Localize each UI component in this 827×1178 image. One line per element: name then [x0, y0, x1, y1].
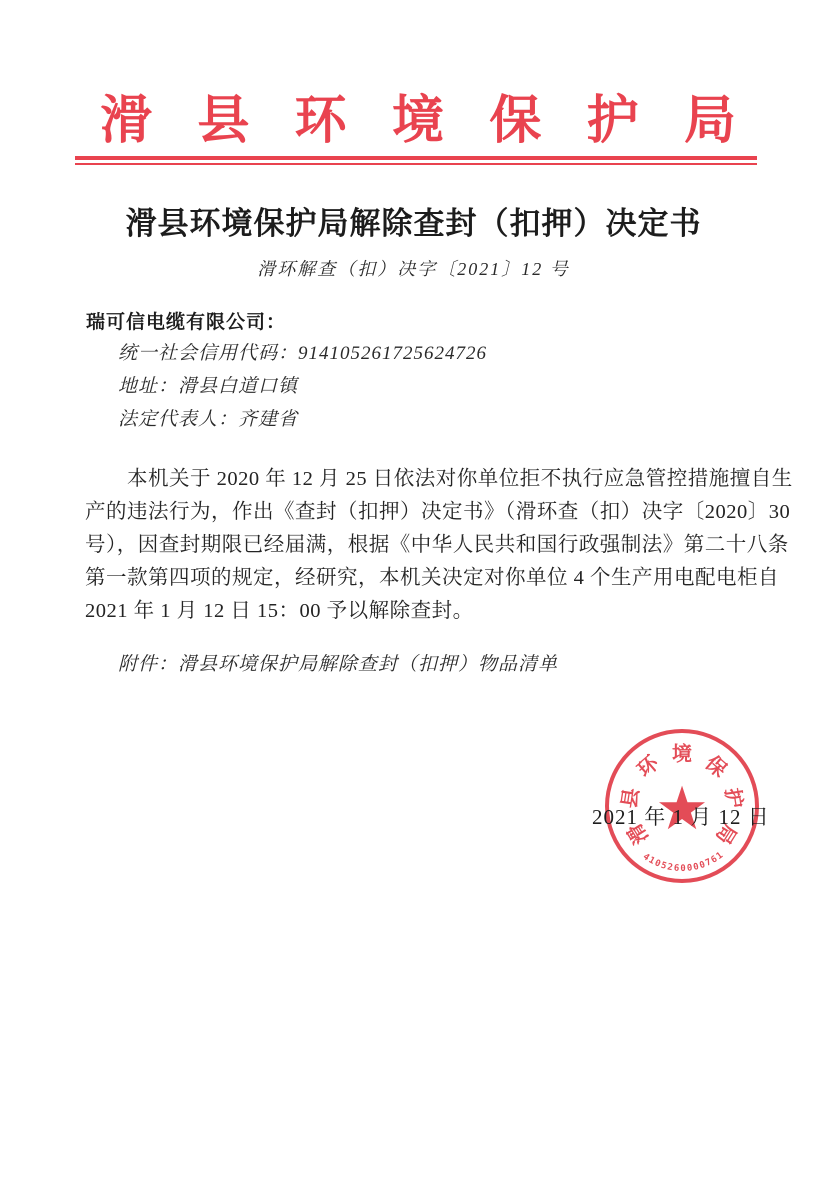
issue-date: 2021 年 1 月 12 日	[592, 801, 770, 831]
seal-code-digit: 0	[680, 864, 686, 874]
letterhead-char: 滑	[100, 92, 152, 152]
letterhead-divider	[75, 156, 757, 165]
seal-arc-char: 境	[672, 738, 692, 767]
recipient-info-list: 统一社会信用代码：914105261725624726地址：滑县白道口镇法定代表…	[118, 341, 487, 440]
document-number: 滑环解查（扣）决字〔2021〕12 号	[0, 255, 827, 281]
decision-body-paragraph: 本机关于 2020 年 12 月 25 日依法对你单位拒不执行应急管控措施擅自生…	[85, 465, 749, 630]
letterhead-char: 护	[587, 92, 639, 152]
letterhead-divider-thin-line	[75, 163, 757, 165]
document-title: 滑县环境保护局解除查封（扣押）决定书	[0, 198, 827, 243]
attachment-note: 附件：滑县环境保护局解除查封（扣押）物品清单	[118, 649, 558, 676]
body-line: 产的违法行为，作出《查封（扣押）决定书》（滑环查（扣）决字〔2020〕30	[85, 498, 749, 531]
body-line: 号），因查封期限已经届满，根据《中华人民共和国行政强制法》第二十八条	[85, 531, 749, 564]
recipient-info-line: 法定代表人：齐建省	[118, 407, 487, 440]
body-line: 第一款第四项的规定，经研究，本机关决定对你单位 4 个生产用电配电柜自	[85, 564, 749, 597]
recipient-info-line: 地址：滑县白道口镇	[118, 374, 487, 407]
letterhead-divider-thick-line	[75, 156, 757, 160]
recipient-company-name: 瑞可信电缆有限公司：	[86, 307, 286, 334]
seal-code-digit: 6	[673, 864, 679, 874]
official-document-page: 滑县环境保护局 滑县环境保护局解除查封（扣押）决定书 滑环解查（扣）决字〔202…	[0, 0, 827, 1178]
letterhead-char: 保	[489, 92, 541, 152]
body-line: 本机关于 2020 年 12 月 25 日依法对你单位拒不执行应急管控措施擅自生	[85, 465, 749, 498]
letterhead-char: 境	[392, 92, 444, 152]
letterhead-char: 县	[197, 92, 249, 152]
letterhead-char: 环	[295, 92, 347, 152]
recipient-info-line: 统一社会信用代码：914105261725624726	[118, 341, 487, 374]
body-line: 2021 年 1 月 12 日 15：00 予以解除查封。	[85, 597, 749, 630]
letterhead-char: 局	[684, 92, 736, 152]
letterhead-agency-name: 滑县环境保护局	[100, 92, 736, 152]
